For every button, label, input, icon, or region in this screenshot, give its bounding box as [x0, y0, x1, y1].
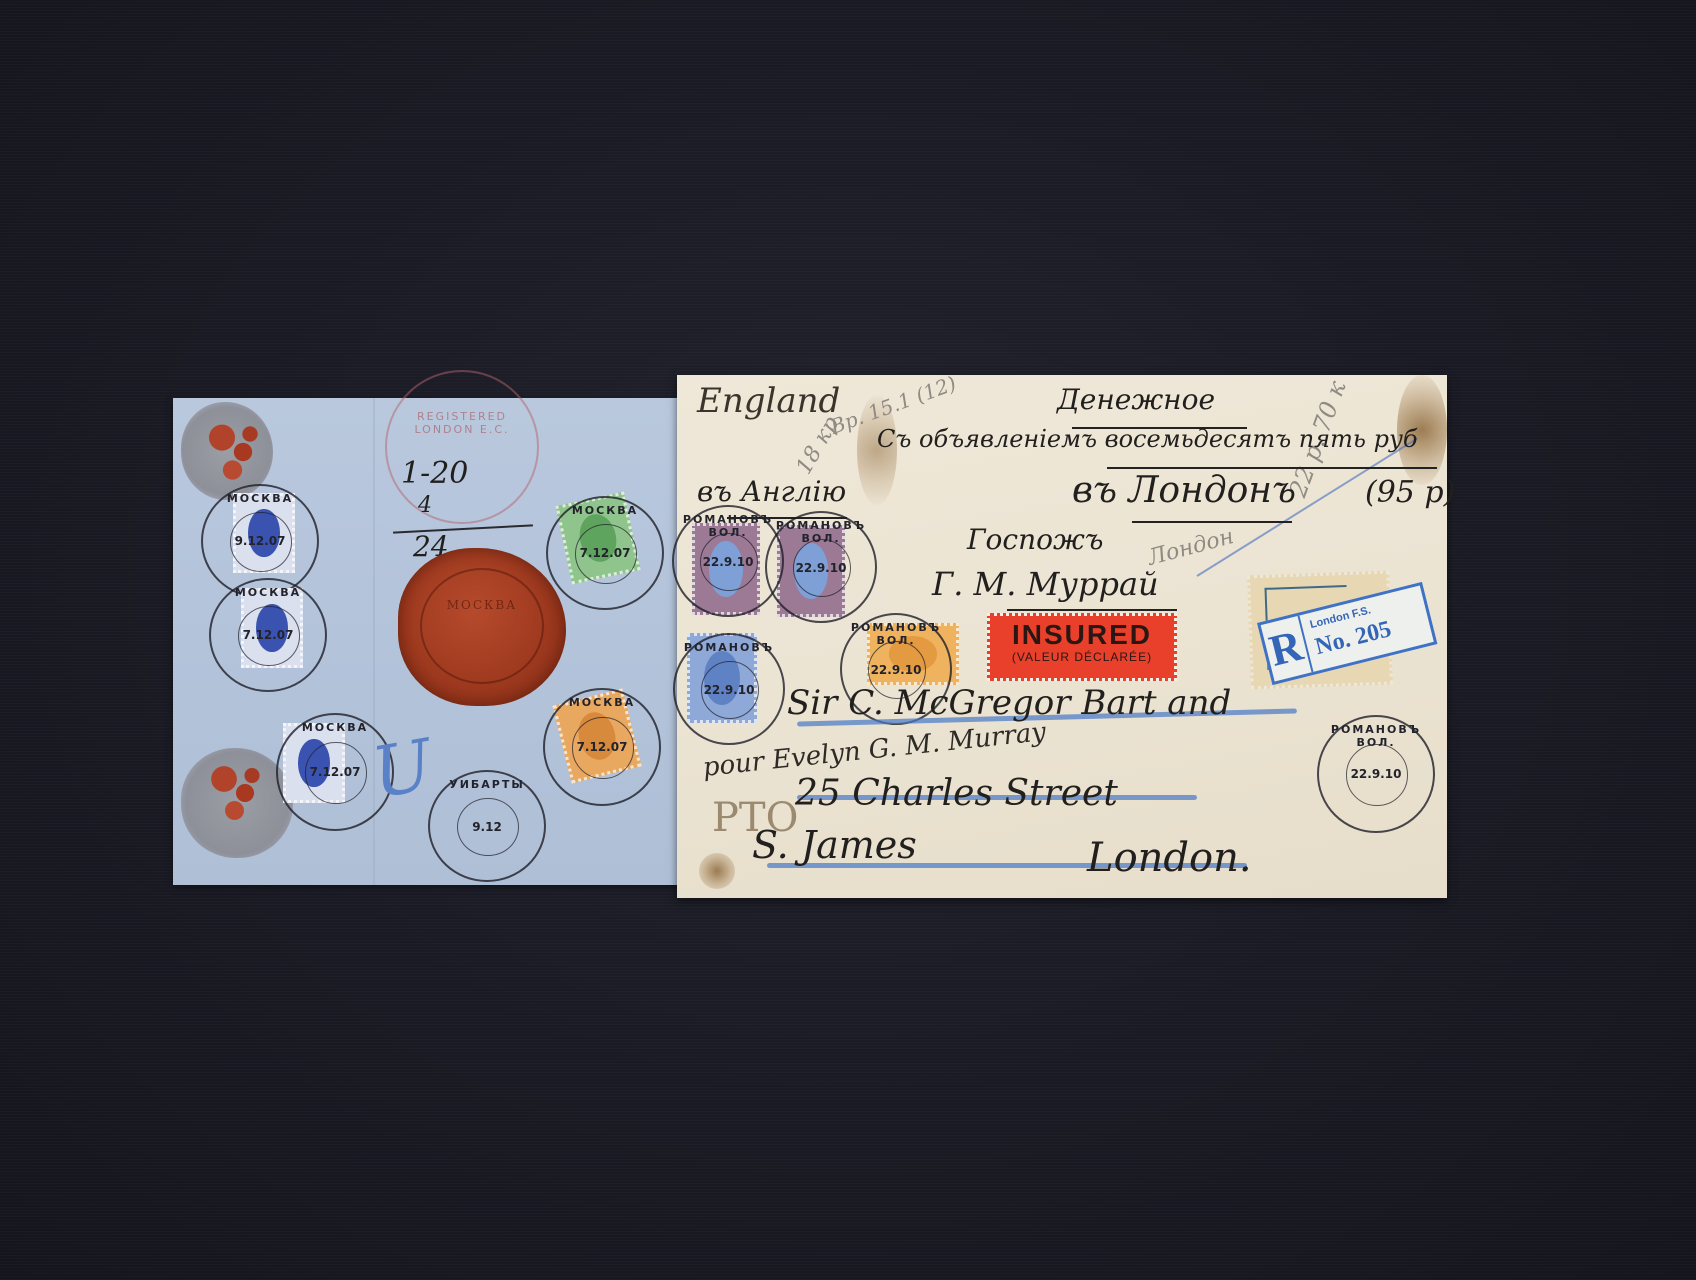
to-city-underline — [1132, 521, 1292, 523]
manuscript-fraction-mid: 4 — [418, 493, 432, 518]
address-line-3: 25 Charles Street — [795, 773, 1118, 814]
address-line-1: Sir C. McGregor Bart and — [787, 683, 1231, 723]
wax-fragments-bottom — [203, 758, 273, 828]
blue-crayon-mark: U — [366, 724, 438, 815]
address-line-5: London. — [1087, 835, 1252, 881]
addressee-russian: Г. М. Муррай — [932, 565, 1159, 603]
red-wax-seal: МОСКВА — [398, 548, 566, 706]
manuscript-fraction-top: 1-20 — [401, 456, 468, 491]
insured-label: INSURED (VALEUR DÉCLARÉE) — [987, 613, 1177, 681]
postmark-romanov-arrival: РОМАНОВЪ ВОЛ. 22.9.10 — [1317, 715, 1435, 833]
declared-underline — [1107, 467, 1437, 469]
to-country: въ Англiю — [697, 475, 846, 508]
registration-letter: R — [1261, 616, 1314, 682]
addressee-underline — [1007, 609, 1177, 611]
declared-value: Съ объявленiемъ восемьдесятъ пять руб — [877, 425, 1418, 453]
postmark-transit: УИБАРТЫ 9.12 — [428, 770, 546, 882]
country-england: England — [697, 381, 840, 421]
cover-reverse-blue: REGISTERED LONDON E.C. 1-20 4 24 МОСКВА … — [173, 398, 681, 885]
postmark-romanov-2: РОМАНОВЪ ВОЛ. 22.9.10 — [765, 511, 877, 623]
postmark-romanov-3: РОМАНОВЪ 22.9.10 — [673, 633, 785, 745]
heading-money-letter: Денежное — [1057, 383, 1215, 416]
cover-front-cream: England 18 кр Вр. 15.1 (12) 22 р. 70 к Л… — [677, 375, 1447, 898]
wax-fragments-top — [201, 416, 271, 488]
postmark-moscow-2: МОСКВА 7.12.07 — [209, 578, 327, 692]
postmark-moscow-4: МОСКВА 7.12.07 — [546, 496, 664, 610]
fee-bracket: (95 р) — [1365, 475, 1455, 510]
postmark-moscow-5: МОСКВА 7.12.07 — [543, 688, 661, 806]
address-line-4: S. James — [752, 823, 917, 867]
pencil-note-4: Лондон — [1145, 524, 1236, 571]
to-city: въ Лондонъ — [1072, 470, 1296, 511]
salutation: Госпожъ — [967, 523, 1103, 556]
red-registered-postmark: REGISTERED LONDON E.C. — [385, 370, 539, 524]
stain-bottom-left — [699, 853, 735, 889]
